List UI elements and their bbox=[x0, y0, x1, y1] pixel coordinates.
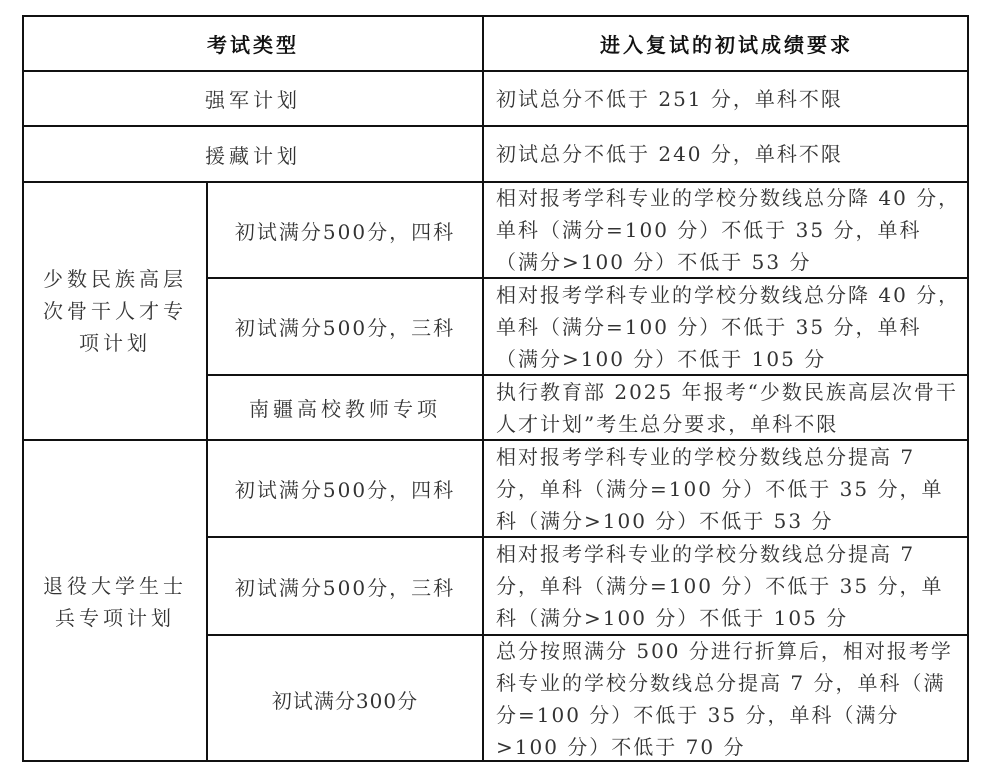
admission-score-table: 考试类型 进入复试的初试成绩要求 强军计划 初试总分不低于 251 分，单科不限… bbox=[22, 15, 969, 762]
requirement-cell: 初试总分不低于 240 分，单科不限 bbox=[484, 127, 969, 181]
requirement-cell: 总分按照满分 500 分进行折算后，相对报考学科专业的学校分数线总分提高 7 分… bbox=[484, 636, 969, 762]
group-name-line: 项计划 bbox=[79, 327, 151, 359]
group-name-cell: 退役大学生士 兵专项计划 bbox=[24, 441, 206, 762]
group-name-line: 次骨干人才专 bbox=[43, 295, 187, 327]
requirement-cell: 初试总分不低于 251 分，单科不限 bbox=[484, 72, 969, 125]
subtype-cell: 初试满分300分 bbox=[208, 636, 482, 762]
requirement-cell: 相对报考学科专业的学校分数线总分提高 7 分，单科（满分=100 分）不低于 3… bbox=[484, 538, 969, 634]
group-name-cell: 少数民族高层 次骨干人才专 项计划 bbox=[24, 183, 206, 439]
requirement-cell: 相对报考学科专业的学校分数线总分降 40 分，单科（满分=100 分）不低于 3… bbox=[484, 183, 969, 277]
group-name-line: 少数民族高层 bbox=[43, 263, 187, 295]
subtype-cell: 南疆高校教师专项 bbox=[208, 376, 482, 439]
group-name-line: 退役大学生士 bbox=[43, 570, 187, 602]
subtype-cell: 初试满分500分，三科 bbox=[208, 279, 482, 374]
subtype-cell: 初试满分500分，四科 bbox=[208, 441, 482, 536]
requirement-cell: 执行教育部 2025 年报考“少数民族高层次骨干人才计划”考生总分要求，单科不限 bbox=[484, 376, 969, 439]
exam-type-cell: 援藏计划 bbox=[24, 127, 482, 181]
requirement-cell: 相对报考学科专业的学校分数线总分降 40 分，单科（满分=100 分）不低于 3… bbox=[484, 279, 969, 374]
exam-type-cell: 强军计划 bbox=[24, 72, 482, 125]
subtype-cell: 初试满分500分，三科 bbox=[208, 538, 482, 634]
header-exam-type: 考试类型 bbox=[24, 17, 482, 70]
subtype-cell: 初试满分500分，四科 bbox=[208, 183, 482, 277]
requirement-cell: 相对报考学科专业的学校分数线总分提高 7 分，单科（满分=100 分）不低于 3… bbox=[484, 441, 969, 536]
group-name-line: 兵专项计划 bbox=[55, 602, 175, 634]
header-requirement: 进入复试的初试成绩要求 bbox=[484, 17, 969, 70]
